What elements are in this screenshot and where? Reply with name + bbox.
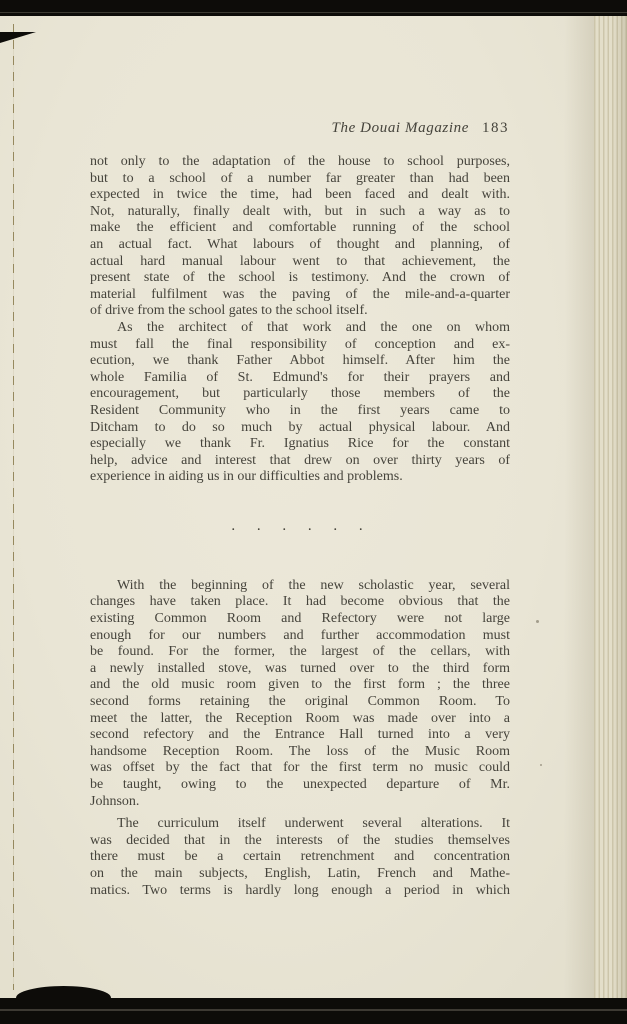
text-line: help, advice and interest that drew on o…: [90, 453, 510, 470]
paper-speck: [536, 620, 539, 623]
text-line: Johnson.: [90, 794, 510, 811]
text-line: on the main subjects, English, Latin, Fr…: [90, 866, 510, 883]
section-separator-dots: . . . . . .: [90, 518, 510, 534]
text-line: Resident Community who in the first year…: [90, 403, 510, 420]
text-line: actual hard manual labour went to that a…: [90, 254, 510, 271]
text-line: a newly installed stove, was turned over…: [90, 661, 510, 678]
running-header: The Douai Magazine183: [90, 120, 510, 140]
scanned-book-photo: The Douai Magazine183 not only to the ad…: [0, 0, 627, 1024]
book-cover-edge-highlight: [0, 12, 627, 13]
book-cover-edge-highlight-bottom: [0, 1009, 627, 1011]
text-line: be found. For the former, the largest of…: [90, 644, 510, 661]
text-line: experience in aiding us in our difficult…: [90, 469, 510, 486]
text-line: With the beginning of the new scholastic…: [90, 578, 510, 595]
text-line: enough for our numbers and further accom…: [90, 628, 510, 645]
book-page: The Douai Magazine183 not only to the ad…: [0, 16, 627, 998]
paragraph: not only to the adaptation of the house …: [90, 154, 510, 320]
text-line: of drive from the school gates to the sc…: [90, 303, 510, 320]
text-line: there must be a certain retrenchment and…: [90, 849, 510, 866]
page-number: 183: [482, 120, 509, 136]
text-line: existing Common Room and Refectory were …: [90, 611, 510, 628]
text-line: changes have taken place. It had become …: [90, 594, 510, 611]
fore-edge-shadow: [594, 16, 627, 998]
text-line: not only to the adaptation of the house …: [90, 154, 510, 171]
gutter-crease-line: [13, 24, 14, 990]
text-block: The Douai Magazine183 not only to the ad…: [90, 120, 510, 899]
text-line: The curriculum itself underwent several …: [90, 816, 510, 833]
text-line: matics. Two terms is hardly long enough …: [90, 883, 510, 900]
text-line: an actual fact. What labours of thought …: [90, 237, 510, 254]
journal-title: The Douai Magazine: [332, 120, 469, 136]
text-line: present state of the school is testimony…: [90, 270, 510, 287]
paper-speck: [540, 764, 542, 766]
paragraph: The curriculum itself underwent several …: [90, 816, 510, 899]
text-line: material fulfilment was the paving of th…: [90, 287, 510, 304]
text-line: but to a school of a number far greater …: [90, 171, 510, 188]
text-line: second refectory and the Entrance Hall t…: [90, 727, 510, 744]
text-line: and the old music room given to the firs…: [90, 677, 510, 694]
text-line: was offset by the fact that for the firs…: [90, 760, 510, 777]
text-line: whole Familia of St. Edmund's for their …: [90, 370, 510, 387]
paragraph: With the beginning of the new scholastic…: [90, 578, 510, 810]
text-line: second forms retaining the original Comm…: [90, 694, 510, 711]
text-line: expected in twice the time, had been fac…: [90, 187, 510, 204]
text-line: was decided that in the interests of the…: [90, 833, 510, 850]
text-line: especially we thank Fr. Ignatius Rice fo…: [90, 436, 510, 453]
text-line: encouragement, but particularly those me…: [90, 386, 510, 403]
text-line: ecution, we thank Father Abbot himself. …: [90, 353, 510, 370]
text-line: Ditcham to do so much by actual physical…: [90, 420, 510, 437]
text-line: meet the latter, the Reception Room was …: [90, 711, 510, 728]
page-corner-shadow-topleft: [0, 32, 36, 43]
text-line: be taught, owing to the unexpected depar…: [90, 777, 510, 794]
text-line: Not, naturally, finally dealt with, but …: [90, 204, 510, 221]
text-line: make the efficient and comfortable runni…: [90, 220, 510, 237]
text-line: As the architect of that work and the on…: [90, 320, 510, 337]
text-line: must fall the final responsibility of co…: [90, 337, 510, 354]
page-curvature-shadow: [564, 16, 594, 998]
text-line: handsome Reception Room. The loss of the…: [90, 744, 510, 761]
paragraph: As the architect of that work and the on…: [90, 320, 510, 486]
